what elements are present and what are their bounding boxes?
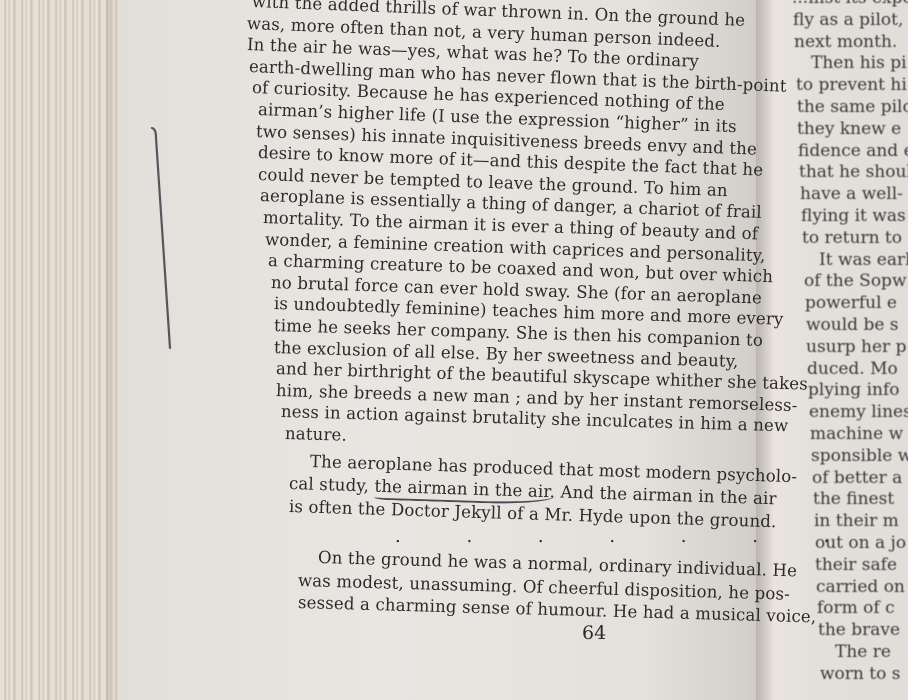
section-break-dots: . . . . . . .	[395, 526, 859, 547]
text-line: nature.	[285, 424, 347, 446]
page-number: 64	[582, 622, 606, 644]
left-page-text: with the added thrills of war thrown in.…	[0, 0, 908, 700]
